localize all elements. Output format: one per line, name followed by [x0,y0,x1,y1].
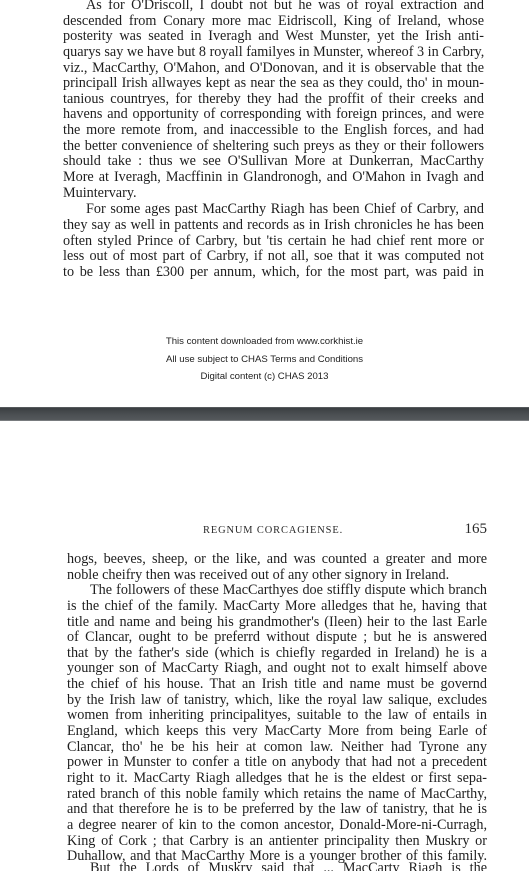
text-line: havens and opportunity of corresponding … [63,107,484,123]
body-text: hogs, beeves, sheep, or the like, and wa… [67,552,487,865]
notice-copyright-line: Digital content (c) CHAS 2013 [0,368,529,386]
text-line-cut-off: But the Lords of Muskry said that ... Ma… [67,861,487,871]
text-line: Muintervary. [63,186,484,202]
text-line: For some ages past MacCarthy Riagh has b… [63,202,484,218]
text-line: women from inheriting principalityes, su… [67,708,487,724]
text-line: title and name and being his grandmother… [67,615,487,631]
page-gap-divider [0,407,529,421]
text-line: less out of most part of Carbry, if not … [63,249,484,265]
text-line: should take : thus we see O'Sullivan Mor… [63,154,484,170]
text-line: to be less than £300 per annum, which, f… [63,265,484,281]
text-line: the more remote from, and inaccessible t… [63,123,484,139]
text-line: noble cheifry then was received out of a… [67,568,487,584]
text-line: often styled Prince of Carbry, but 'tis … [63,234,484,250]
text-line: the chief of his house. That an Irish ti… [67,677,487,693]
paragraph: For some ages past MacCarthy Riagh has b… [63,202,484,280]
body-text: As for O'Driscoll, I doubt not but he wa… [63,0,484,281]
text-line: a degree nearer of kin to the comon ance… [67,818,487,834]
text-line: principall Irish allwayes kept as near t… [63,76,484,92]
text-line: posterity was seated in Iveragh and West… [63,29,484,45]
text-line: they say as well in pattents and records… [63,218,484,234]
text-line: As for O'Driscoll, I doubt not but he wa… [63,0,484,14]
text-line: the better convenience of sheltering suc… [63,139,484,155]
running-header: REGNUM CORCAGIENSE. 165 [203,521,487,541]
text-line: descended from Conary more mac Eidriscol… [63,14,484,30]
text-line: tanious countryes, for thereby they had … [63,92,484,108]
text-line: More at Iveragh, Macffinin in Glandronog… [63,170,484,186]
text-line: hogs, beeves, sheep, or the like, and wa… [67,552,487,568]
running-title: REGNUM CORCAGIENSE. [203,525,343,536]
notice-terms-line: All use subject to CHAS Terms and Condit… [0,351,529,369]
text-line: The followers of these MacCarthyes doe s… [67,583,487,599]
text-line: England, which keeps this very MacCarty … [67,724,487,740]
document-page-bottom: REGNUM CORCAGIENSE. 165 hogs, beeves, sh… [0,421,529,871]
text-line: by the Irish law of tanistry, which, lik… [67,693,487,709]
notice-source-line: This content downloaded from www.corkhis… [0,333,529,351]
text-line: is the chief of the family. MacCarty Mor… [67,599,487,615]
download-notice: This content downloaded from www.corkhis… [0,333,529,386]
text-line: rated branch of this noble family which … [67,787,487,803]
text-line: of Clancar, ought to be preferrd without… [67,630,487,646]
paragraph: hogs, beeves, sheep, or the like, and wa… [67,552,487,583]
paragraph: As for O'Driscoll, I doubt not but he wa… [63,0,484,201]
document-page-top: As for O'Driscoll, I doubt not but he wa… [0,0,529,407]
text-line: and that therefore he is to be preferred… [67,802,487,818]
text-line: right to it. MacCarty Riagh alledges tha… [67,771,487,787]
text-line: younger son of MacCarty Riagh, and ought… [67,661,487,677]
page-number: 165 [465,521,488,538]
paragraph: The followers of these MacCarthyes doe s… [67,583,487,865]
text-line: that by the father's side (which is chie… [67,646,487,662]
text-line: viz., MacCarthy, O'Mahon, and O'Donovan,… [63,61,484,77]
text-line: power in Munster to confer a title on an… [67,755,487,771]
text-line: quarys say we have but 8 royall familyes… [63,45,484,61]
text-line: Clancar, tho' he be his heir at comon la… [67,740,487,756]
text-line: King of Cork ; that Carbry is an antient… [67,834,487,850]
